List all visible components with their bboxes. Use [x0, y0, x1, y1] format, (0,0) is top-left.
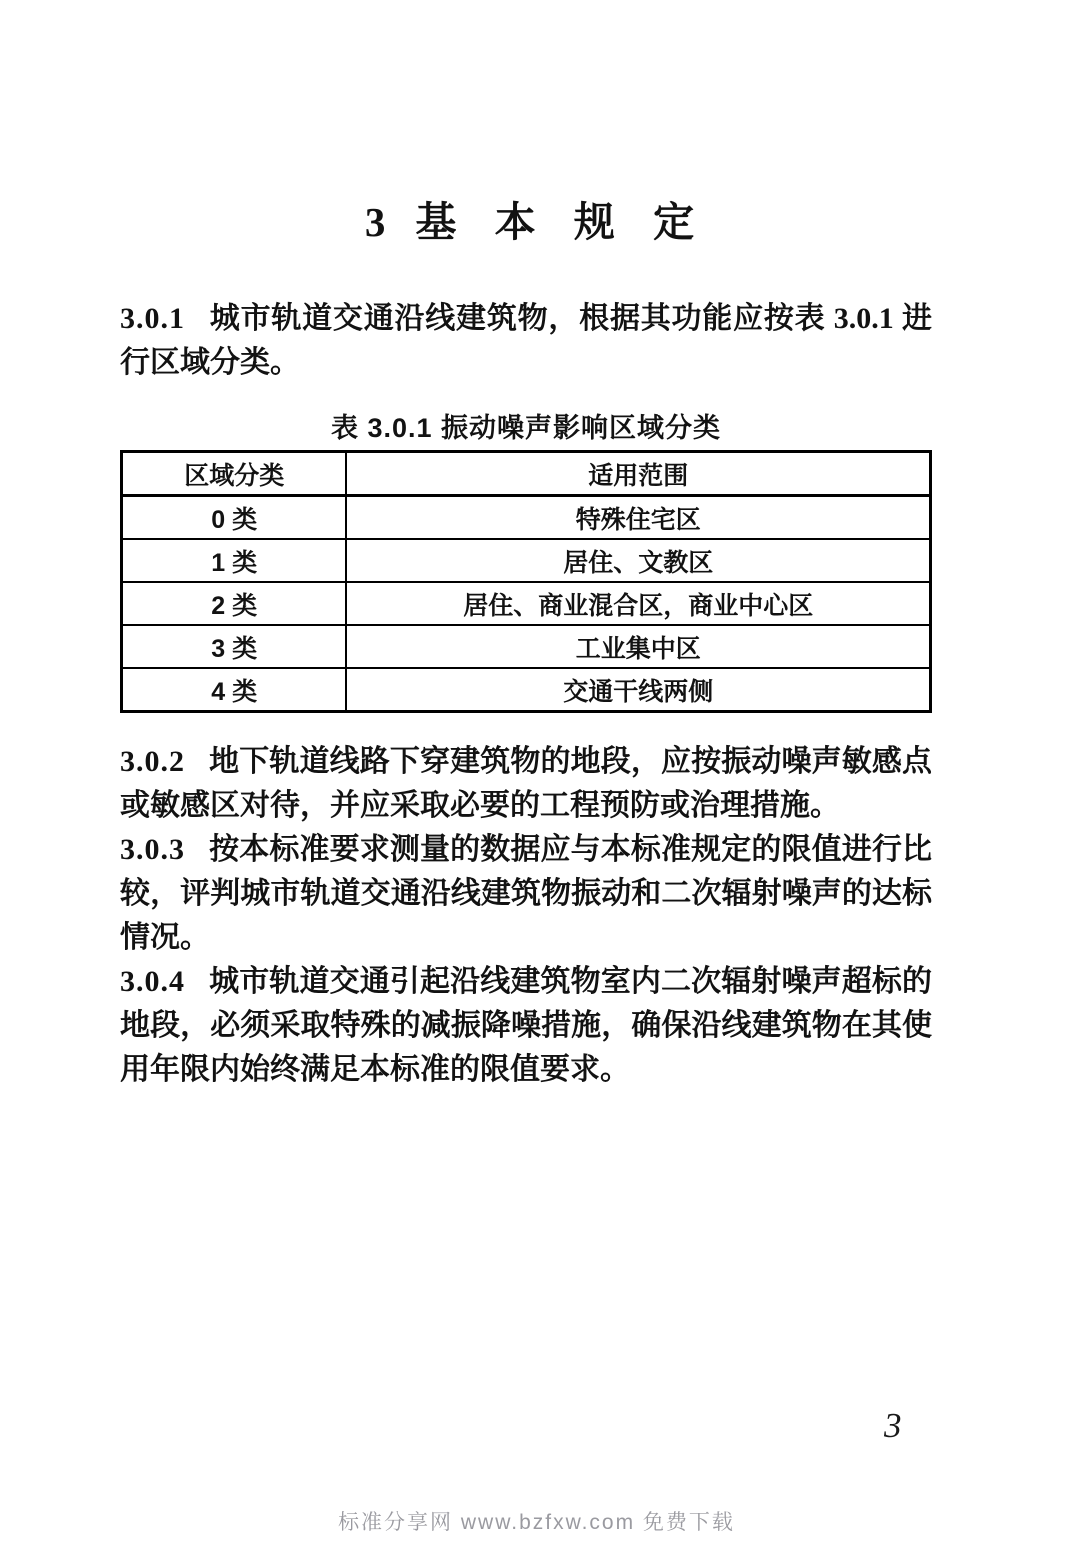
section-text: 城市轨道交通引起沿线建筑物室内二次辐射噪声超标的地段，必须采取特殊的减振降噪措施… [120, 965, 932, 1086]
table-cell: 居住、文教区 [346, 539, 930, 582]
watermark: 标准分享网 www.bzfxw.com 免费下载 [0, 1506, 1073, 1536]
document-page: 3 基 本 规 定 3.0.1城市轨道交通沿线建筑物，根据其功能应按表 3.0.… [0, 0, 1073, 1560]
table-wrapper: 区域分类 适用范围 0 类 特殊住宅区 1 类 居住、文教区 2 类 居住、商业… [120, 450, 932, 713]
table-caption: 表 3.0.1 振动噪声影响区域分类 [120, 406, 932, 445]
section-number: 3.0.3 [120, 833, 185, 866]
table-cell: 交通干线两侧 [346, 668, 930, 712]
page-number: 3 [884, 1406, 902, 1446]
table-row: 4 类 交通干线两侧 [122, 668, 931, 712]
section-text: 按本标准要求测量的数据应与本标准规定的限值进行比较，评判城市轨道交通沿线建筑物振… [120, 833, 932, 954]
table-header-cell: 区域分类 [122, 452, 347, 496]
classification-table: 区域分类 适用范围 0 类 特殊住宅区 1 类 居住、文教区 2 类 居住、商业… [120, 450, 932, 713]
table-header-cell: 适用范围 [346, 452, 930, 496]
table-cell: 居住、商业混合区，商业中心区 [346, 582, 930, 625]
section-text: 城市轨道交通沿线建筑物，根据其功能应按表 3.0.1 进行区域分类。 [120, 302, 932, 379]
table-row: 1 类 居住、文教区 [122, 539, 931, 582]
table-cell: 特殊住宅区 [346, 496, 930, 540]
section-number: 3.0.1 [120, 302, 185, 335]
table-cell: 3 类 [122, 625, 347, 668]
section-3-0-4: 3.0.4城市轨道交通引起沿线建筑物室内二次辐射噪声超标的地段，必须采取特殊的减… [120, 960, 932, 1092]
table-header-row: 区域分类 适用范围 [122, 452, 931, 496]
table-row: 0 类 特殊住宅区 [122, 496, 931, 540]
table-row: 2 类 居住、商业混合区，商业中心区 [122, 582, 931, 625]
table-cell: 2 类 [122, 582, 347, 625]
section-number: 3.0.4 [120, 965, 185, 998]
table-cell: 工业集中区 [346, 625, 930, 668]
section-text: 地下轨道线路下穿建筑物的地段，应按振动噪声敏感点或敏感区对待，并应采取必要的工程… [120, 745, 932, 822]
body-column: 3.0.1城市轨道交通沿线建筑物，根据其功能应按表 3.0.1 进行区域分类。 … [120, 0, 932, 1560]
section-3-0-3: 3.0.3按本标准要求测量的数据应与本标准规定的限值进行比较，评判城市轨道交通沿… [120, 828, 932, 960]
table-cell: 4 类 [122, 668, 347, 712]
table-cell: 1 类 [122, 539, 347, 582]
section-3-0-1: 3.0.1城市轨道交通沿线建筑物，根据其功能应按表 3.0.1 进行区域分类。 [120, 297, 932, 385]
section-number: 3.0.2 [120, 745, 185, 778]
table-cell: 0 类 [122, 496, 347, 540]
section-3-0-2: 3.0.2地下轨道线路下穿建筑物的地段，应按振动噪声敏感点或敏感区对待，并应采取… [120, 740, 932, 828]
table-row: 3 类 工业集中区 [122, 625, 931, 668]
